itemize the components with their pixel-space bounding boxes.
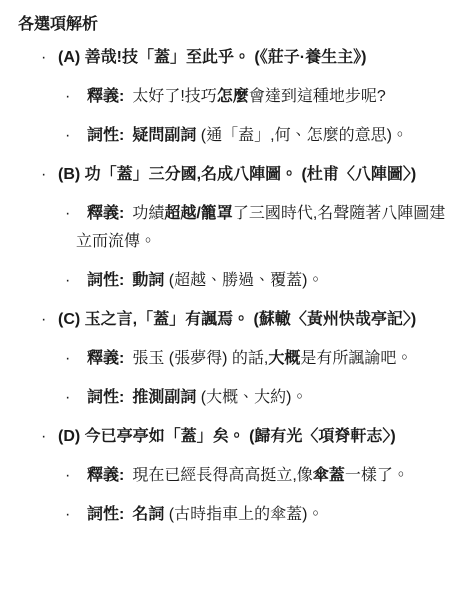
part-of-speech-bold: 名詞 xyxy=(132,506,164,523)
part-of-speech-bold: 動詞 xyxy=(132,272,164,289)
definition-pre: 現在已經長得高高挺立,像 xyxy=(132,467,312,484)
definition-label: 釋義: xyxy=(87,467,124,484)
option-title: (A) 善哉!技「蓋」至此乎。 (《莊子·養生主》) xyxy=(58,44,449,72)
definition-text: 釋義:太好了!技巧怎麼會達到這種地步呢? xyxy=(76,83,449,111)
part-of-speech-bold: 推測副詞 xyxy=(132,389,196,406)
definition-item: · 釋義:太好了!技巧怎麼會達到這種地步呢? xyxy=(58,83,449,111)
definition-bold: 怎麼 xyxy=(217,88,249,105)
options-analysis-document: 各選項解析 · (A) 善哉!技「蓋」至此乎。 (《莊子·養生主》) · 釋義:… xyxy=(0,0,473,600)
option-item-a: · (A) 善哉!技「蓋」至此乎。 (《莊子·養生主》) · 釋義:太好了!技巧… xyxy=(18,44,449,150)
part-of-speech-text: 詞性:推測副詞 (大概、大約)。 xyxy=(76,384,449,412)
option-item-b: · (B) 功「蓋」三分國,名成八陣圖。 (杜甫〈八陣圖〉) · 釋義:功績超越… xyxy=(18,161,449,295)
part-of-speech-text: 詞性:疑問副詞 (通「盍」,何、怎麼的意思)。 xyxy=(76,122,449,150)
definition-text: 釋義:現在已經長得高高挺立,像傘蓋一樣了。 xyxy=(76,462,449,490)
option-title-text: (A) 善哉!技「蓋」至此乎。 (《莊子·養生主》) xyxy=(58,49,366,66)
definition-label: 釋義: xyxy=(87,350,124,367)
option-item-c: · (C) 玉之言,「蓋」有諷焉。 (蘇轍〈黃州快哉亭記〉) · 釋義:張玉 (… xyxy=(18,306,449,412)
definition-label: 釋義: xyxy=(87,205,124,222)
bullet-icon: · xyxy=(41,306,46,334)
part-of-speech-label: 詞性: xyxy=(87,506,124,523)
part-of-speech-label: 詞性: xyxy=(87,389,124,406)
part-of-speech-post: (通「盍」,何、怎麼的意思)。 xyxy=(196,127,408,144)
definition-text: 釋義:功績超越/籠罩了三國時代,名聲隨著八陣圖建立而流傳。 xyxy=(76,200,449,256)
definition-text: 釋義:張玉 (張夢得) 的話,大概是有所諷諭吧。 xyxy=(76,345,449,373)
part-of-speech-label: 詞性: xyxy=(87,127,124,144)
definition-pre: 張玉 (張夢得) 的話, xyxy=(132,350,268,367)
option-details-list: · 釋義:現在已經長得高高挺立,像傘蓋一樣了。 · 詞性:名詞 (古時指車上的傘… xyxy=(58,462,449,529)
definition-pre: 太好了!技巧 xyxy=(132,88,216,105)
bullet-icon: · xyxy=(65,267,70,295)
bullet-icon: · xyxy=(65,345,70,373)
option-title: (B) 功「蓋」三分國,名成八陣圖。 (杜甫〈八陣圖〉) xyxy=(58,161,449,189)
part-of-speech-bold: 疑問副詞 xyxy=(132,127,196,144)
part-of-speech-label: 詞性: xyxy=(87,272,124,289)
bullet-icon: · xyxy=(41,423,46,451)
bullet-icon: · xyxy=(41,161,46,189)
option-title-text: (D) 今已亭亭如「蓋」矣。 (歸有光〈項脊軒志〉) xyxy=(58,428,396,445)
definition-pre: 功績 xyxy=(132,205,164,222)
definition-label: 釋義: xyxy=(87,88,124,105)
option-details-list: · 釋義:功績超越/籠罩了三國時代,名聲隨著八陣圖建立而流傳。 · 詞性:動詞 … xyxy=(58,200,449,295)
part-of-speech-item: · 詞性:動詞 (超越、勝過、覆蓋)。 xyxy=(58,267,449,295)
option-title: (D) 今已亭亭如「蓋」矣。 (歸有光〈項脊軒志〉) xyxy=(58,423,449,451)
definition-bold: 超越/籠罩 xyxy=(164,205,232,222)
part-of-speech-text: 詞性:動詞 (超越、勝過、覆蓋)。 xyxy=(76,267,449,295)
definition-bold: 傘蓋 xyxy=(313,467,345,484)
bullet-icon: · xyxy=(65,501,70,529)
part-of-speech-post: (超越、勝過、覆蓋)。 xyxy=(164,272,323,289)
bullet-icon: · xyxy=(41,44,46,72)
definition-post: 一樣了。 xyxy=(345,467,409,484)
bullet-icon: · xyxy=(65,83,70,111)
bullet-icon: · xyxy=(65,462,70,490)
bullet-icon: · xyxy=(65,384,70,412)
part-of-speech-post: (古時指車上的傘蓋)。 xyxy=(164,506,323,523)
option-title-text: (C) 玉之言,「蓋」有諷焉。 (蘇轍〈黃州快哉亭記〉) xyxy=(58,311,416,328)
definition-post: 是有所諷諭吧。 xyxy=(300,350,412,367)
part-of-speech-item: · 詞性:名詞 (古時指車上的傘蓋)。 xyxy=(58,501,449,529)
bullet-icon: · xyxy=(65,200,70,228)
definition-item: · 釋義:功績超越/籠罩了三國時代,名聲隨著八陣圖建立而流傳。 xyxy=(58,200,449,256)
part-of-speech-post: (大概、大約)。 xyxy=(196,389,307,406)
option-title-text: (B) 功「蓋」三分國,名成八陣圖。 (杜甫〈八陣圖〉) xyxy=(58,166,416,183)
options-list: · (A) 善哉!技「蓋」至此乎。 (《莊子·養生主》) · 釋義:太好了!技巧… xyxy=(18,44,449,529)
option-details-list: · 釋義:張玉 (張夢得) 的話,大概是有所諷諭吧。 · 詞性:推測副詞 (大概… xyxy=(58,345,449,412)
option-item-d: · (D) 今已亭亭如「蓋」矣。 (歸有光〈項脊軒志〉) · 釋義:現在已經長得… xyxy=(18,423,449,529)
part-of-speech-item: · 詞性:疑問副詞 (通「盍」,何、怎麼的意思)。 xyxy=(58,122,449,150)
option-details-list: · 釋義:太好了!技巧怎麼會達到這種地步呢? · 詞性:疑問副詞 (通「盍」,何… xyxy=(58,83,449,150)
definition-post: 會達到這種地步呢? xyxy=(249,88,386,105)
definition-item: · 釋義:現在已經長得高高挺立,像傘蓋一樣了。 xyxy=(58,462,449,490)
part-of-speech-item: · 詞性:推測副詞 (大概、大約)。 xyxy=(58,384,449,412)
definition-bold: 大概 xyxy=(268,350,300,367)
part-of-speech-text: 詞性:名詞 (古時指車上的傘蓋)。 xyxy=(76,501,449,529)
bullet-icon: · xyxy=(65,122,70,150)
definition-item: · 釋義:張玉 (張夢得) 的話,大概是有所諷諭吧。 xyxy=(58,345,449,373)
page-title: 各選項解析 xyxy=(18,14,449,36)
option-title: (C) 玉之言,「蓋」有諷焉。 (蘇轍〈黃州快哉亭記〉) xyxy=(58,306,449,334)
